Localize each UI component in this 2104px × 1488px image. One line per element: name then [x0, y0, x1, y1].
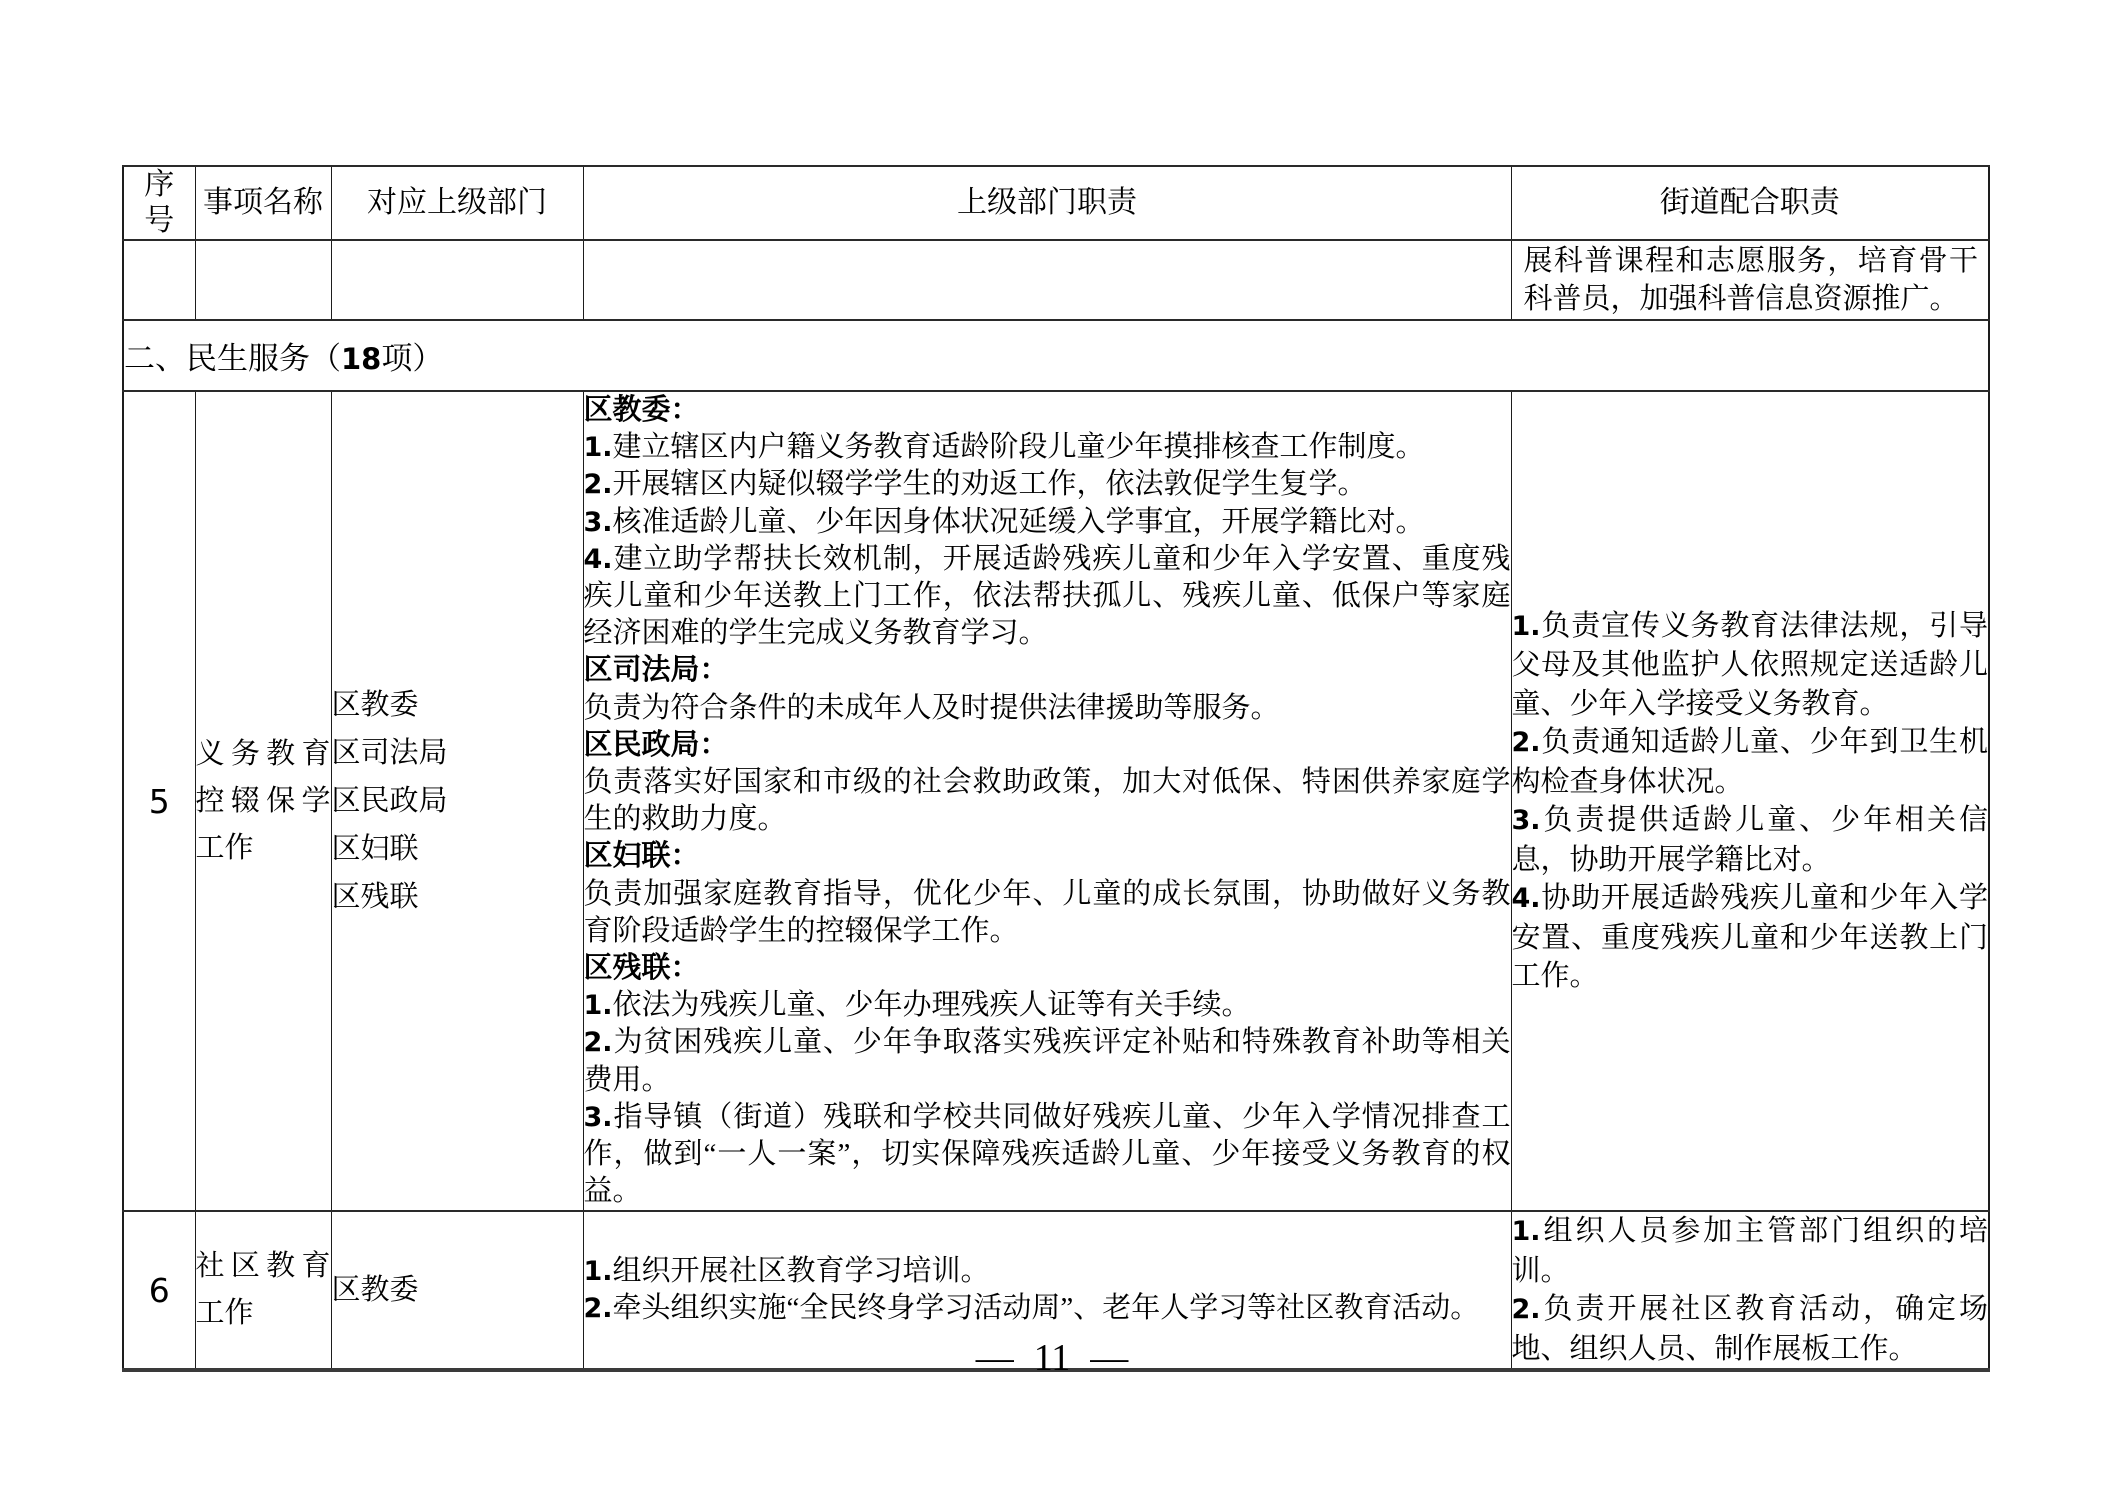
duty-text: 负责宣传义务教育法律法规，引导父母及其他监护人依照规定送适龄儿童、少年入学接受义… — [1512, 610, 1989, 720]
header-department: 对应上级部门 — [331, 166, 583, 240]
duty-item: 3.核准适龄儿童、少年因身体状况延缓入学事宜，开展学籍比对。 — [584, 504, 1511, 541]
header-seq-label: 序 号 — [144, 168, 174, 237]
section-title-prefix: 二、民生服务（ — [124, 341, 341, 376]
duty-text: 依法为残疾儿童、少年办理残疾人证等有关手续。 — [613, 989, 1251, 1021]
duty-item: 负责为符合条件的未成年人及时提供法律援助等服务。 — [584, 690, 1511, 727]
duty-text: 组织人员参加主管部门组织的培训。 — [1512, 1215, 1989, 1287]
carryover-seq-cell — [123, 240, 195, 320]
duty-heading: 区教委： — [584, 392, 1511, 429]
document-page: { "footer": { "dash": "—", "page_number"… — [0, 0, 2104, 1488]
duty-item: 1.组织开展社区教育学习培训。 — [584, 1253, 1511, 1290]
duty-item: 3.负责提供适龄儿童、少年相关信息，协助开展学籍比对。 — [1512, 801, 1989, 879]
duty-number: 3. — [1512, 805, 1541, 836]
department-item: 区残联 — [332, 873, 583, 921]
duty-number: 1. — [584, 990, 613, 1021]
department-item: 区民政局 — [332, 777, 583, 825]
carryover-department-cell — [331, 240, 583, 320]
duty-item: 1.依法为残疾儿童、少年办理残疾人证等有关手续。 — [584, 987, 1511, 1024]
carryover-row: 展科普课程和志愿服务，培育骨干科普员，加强科普信息资源推广。 — [123, 240, 1989, 320]
duty-text: 负责加强家庭教育指导，优化少年、儿童的成长氛围，协助做好义务教育阶段适龄学生的控… — [584, 878, 1511, 947]
department-item: 区教委 — [332, 681, 583, 729]
duty-item: 2.负责通知适龄儿童、少年到卫生机构检查身体状况。 — [1512, 723, 1989, 801]
duty-text: 负责落实好国家和市级的社会救助政策，加大对低保、特困供养家庭学生的救助力度。 — [584, 766, 1511, 835]
row5-street-duties-cell: 1.负责宣传义务教育法律法规，引导父母及其他监护人依照规定送适龄儿童、少年入学接… — [1511, 391, 1989, 1211]
duty-text: 建立辖区内户籍义务教育适龄阶段儿童少年摸排核查工作制度。 — [613, 431, 1425, 463]
duty-text: 开展辖区内疑似辍学学生的劝返工作，依法敦促学生复学。 — [613, 468, 1367, 500]
footer-dash-right: — — [1090, 1336, 1128, 1380]
duty-heading: 区司法局： — [584, 652, 1511, 689]
duty-number: 1. — [584, 1256, 613, 1287]
duty-item: 4.建立助学帮扶长效机制，开展适龄残疾儿童和少年入学安置、重度残疾儿童和少年送教… — [584, 541, 1511, 653]
row6-item-name: 社区教育工作 — [196, 1243, 331, 1337]
responsibility-table: 序 号 事项名称 对应上级部门 上级部门职责 街道配合职责 展科普课程和志愿服务… — [122, 165, 1990, 1372]
table-header-row: 序 号 事项名称 对应上级部门 上级部门职责 街道配合职责 — [123, 166, 1989, 240]
header-item-name: 事项名称 — [195, 166, 331, 240]
duty-number: 1. — [1512, 1216, 1541, 1247]
header-seq: 序 号 — [123, 166, 195, 240]
duty-item: 1.建立辖区内户籍义务教育适龄阶段儿童少年摸排核查工作制度。 — [584, 429, 1511, 466]
duty-number: 4. — [1512, 883, 1541, 914]
duty-item: 4.协助开展适龄残疾儿童和少年入学安置、重度残疾儿童和少年送教上门工作。 — [1512, 879, 1989, 996]
duty-number: 2. — [1512, 727, 1541, 758]
duty-heading: 区妇联： — [584, 838, 1511, 875]
footer-dash-left: — — [976, 1336, 1014, 1380]
carryover-street-duties-cell: 展科普课程和志愿服务，培育骨干科普员，加强科普信息资源推广。 — [1511, 240, 1989, 320]
duty-text: 协助开展适龄残疾儿童和少年入学安置、重度残疾儿童和少年送教上门工作。 — [1512, 882, 1989, 992]
duty-item: 3.指导镇（街道）残联和学校共同做好残疾儿童、少年入学情况排查工作，做到“一人一… — [584, 1099, 1511, 1211]
section-title-suffix: 项） — [381, 341, 443, 376]
table-row-5: 5 义务教育控辍保学工作 区教委 区司法局 区民政局 区妇联 区残联 区教委： … — [123, 391, 1989, 1211]
header-superior-duties: 上级部门职责 — [583, 166, 1511, 240]
duty-text: 为贫困残疾儿童、少年争取落实残疾评定补贴和特殊教育补助等相关费用。 — [584, 1026, 1511, 1095]
duty-number: 2. — [1512, 1294, 1541, 1325]
section-row: 二、民生服务（18项） — [123, 320, 1989, 391]
duty-number: 1. — [584, 432, 613, 463]
duty-number: 2. — [584, 1027, 613, 1058]
row5-superior-duties-cell: 区教委： 1.建立辖区内户籍义务教育适龄阶段儿童少年摸排核查工作制度。 2.开展… — [583, 391, 1511, 1211]
department-item: 区司法局 — [332, 729, 583, 777]
department-item: 区教委 — [332, 1266, 583, 1314]
header-street-duties: 街道配合职责 — [1511, 166, 1989, 240]
row5-item-name: 义务教育控辍保学工作 — [196, 731, 331, 872]
duty-text: 指导镇（街道）残联和学校共同做好残疾儿童、少年入学情况排查工作，做到“一人一案”… — [584, 1101, 1511, 1207]
carryover-street-duties-text: 展科普课程和志愿服务，培育骨干科普员，加强科普信息资源推广。 — [1512, 241, 1989, 319]
section-count: 18 — [341, 342, 381, 376]
department-item: 区妇联 — [332, 825, 583, 873]
section-title-cell: 二、民生服务（18项） — [123, 320, 1989, 391]
duty-heading: 区残联： — [584, 950, 1511, 987]
row5-item-name-cell: 义务教育控辍保学工作 — [195, 391, 331, 1211]
duty-number: 2. — [584, 1293, 613, 1324]
responsibility-table-wrap: 序 号 事项名称 对应上级部门 上级部门职责 街道配合职责 展科普课程和志愿服务… — [122, 165, 1990, 1372]
duty-text: 负责通知适龄儿童、少年到卫生机构检查身体状况。 — [1512, 726, 1989, 798]
duty-item: 负责落实好国家和市级的社会救助政策，加大对低保、特困供养家庭学生的救助力度。 — [584, 764, 1511, 838]
page-number: 11 — [1034, 1336, 1071, 1380]
duty-text: 建立助学帮扶长效机制，开展适龄残疾儿童和少年入学安置、重度残疾儿童和少年送教上门… — [584, 543, 1511, 649]
duty-text: 负责为符合条件的未成年人及时提供法律援助等服务。 — [584, 692, 1280, 724]
duty-text: 负责提供适龄儿童、少年相关信息，协助开展学籍比对。 — [1512, 804, 1989, 876]
duty-number: 2. — [584, 469, 613, 500]
duty-number: 3. — [584, 507, 613, 538]
duty-text: 组织开展社区教育学习培训。 — [613, 1255, 990, 1287]
duty-item: 1.负责宣传义务教育法律法规，引导父母及其他监护人依照规定送适龄儿童、少年入学接… — [1512, 607, 1989, 724]
duty-number: 3. — [584, 1102, 613, 1133]
duty-item: 2.牵头组织实施“全民终身学习活动周”、老年人学习等社区教育活动。 — [584, 1290, 1511, 1327]
row5-departments-cell: 区教委 区司法局 区民政局 区妇联 区残联 — [331, 391, 583, 1211]
carryover-item-name-cell — [195, 240, 331, 320]
duty-number: 1. — [1512, 611, 1541, 642]
row5-seq: 5 — [123, 391, 195, 1211]
duty-item: 1.组织人员参加主管部门组织的培训。 — [1512, 1212, 1989, 1290]
duty-item: 2.开展辖区内疑似辍学学生的劝返工作，依法敦促学生复学。 — [584, 466, 1511, 503]
page-footer: — 11 — — [0, 1336, 2104, 1380]
duty-item: 负责加强家庭教育指导，优化少年、儿童的成长氛围，协助做好义务教育阶段适龄学生的控… — [584, 876, 1511, 950]
duty-item: 2.为贫困残疾儿童、少年争取落实残疾评定补贴和特殊教育补助等相关费用。 — [584, 1024, 1511, 1098]
carryover-superior-duties-cell — [583, 240, 1511, 320]
duty-number: 4. — [584, 544, 613, 575]
duty-heading: 区民政局： — [584, 727, 1511, 764]
duty-text: 核准适龄儿童、少年因身体状况延缓入学事宜，开展学籍比对。 — [613, 506, 1425, 538]
duty-text: 牵头组织实施“全民终身学习活动周”、老年人学习等社区教育活动。 — [613, 1292, 1480, 1324]
